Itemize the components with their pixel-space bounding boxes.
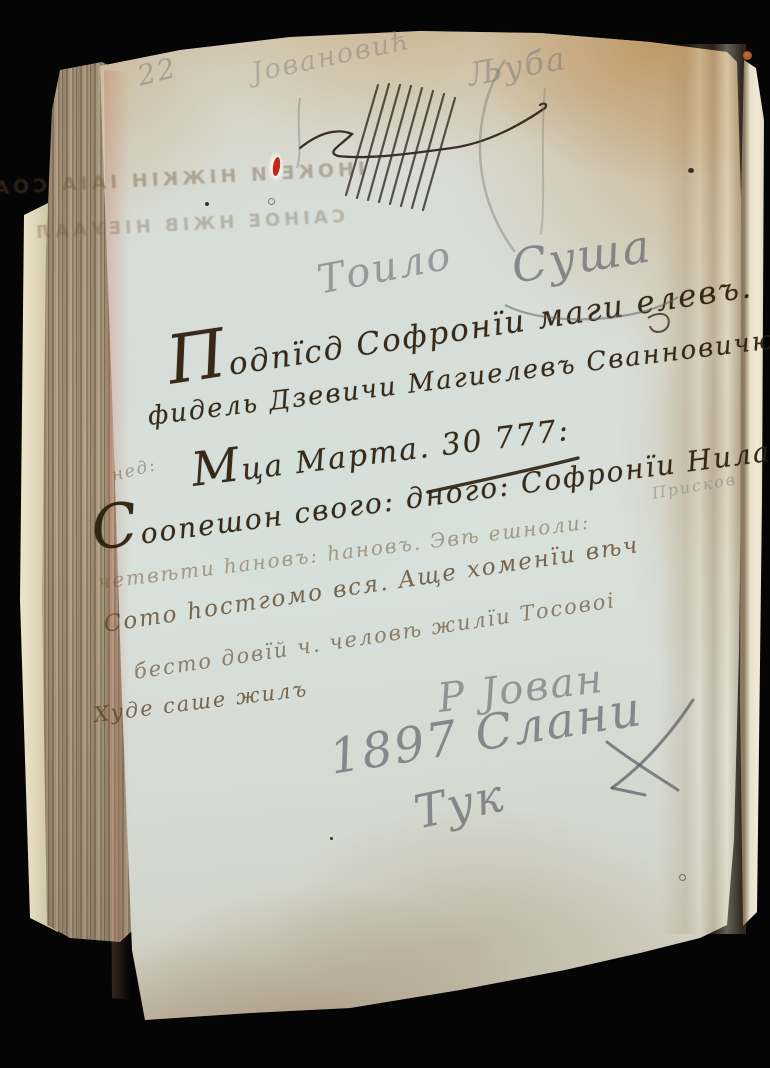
pencil-center-word-right: Суша [508, 218, 656, 293]
ink-inscription-line-7: бесто довїй ч. человѣ жилїи Тосовоі [132, 588, 617, 684]
manuscript-photo: ІНОКЕ И НІЖКІН ІАІА СОА САІНОЕ НЖІВ НІЕУ… [0, 0, 770, 1068]
paper-speck [268, 198, 275, 205]
pencil-swoosh-under-word [505, 297, 678, 319]
pencil-bottom-word: Тук [409, 768, 509, 840]
handwriting-stroke-overlay [0, 0, 770, 1068]
pencil-signature: Р Јован [435, 656, 607, 722]
page-left-edge-tint [104, 70, 130, 1000]
ink-strike-through-stroke [300, 104, 546, 158]
ink-inscription-line-3: Мца Марта. 30 777: [189, 406, 572, 494]
paper-speck [679, 874, 686, 881]
pencil-vertical-stroke [541, 88, 545, 235]
paper-hole-halo [268, 152, 284, 182]
ink-underline-date [428, 458, 578, 492]
paper-speck [330, 837, 333, 840]
pencil-side-note: Присков [650, 469, 738, 503]
gutter-red-dot [743, 51, 752, 60]
paper-speck [688, 168, 694, 173]
pencil-center-word-left: Тоило [314, 232, 456, 303]
pencil-flourish-tail [607, 700, 693, 795]
ink-small-squiggle [648, 314, 669, 332]
gutter-fold-shading [660, 44, 746, 934]
pencil-hatch-scribble [346, 84, 455, 210]
ink-inscription-line-6: Сото hостгомо вся. Аще хоменїи вѣч [102, 532, 641, 638]
underlying-page-edge [0, 0, 770, 1068]
manuscript-page [0, 0, 770, 1068]
stacked-leaf-fore-edges [0, 0, 770, 1068]
pencil-page-number: 22 [134, 51, 180, 93]
ink-inscription-line-2: фидель Дзевичи Магиелевъ Сванновичю [146, 325, 770, 432]
pencil-year-line: 1897 Слани [326, 681, 647, 786]
ink-margin-note: нед: [110, 455, 159, 485]
pencil-descender-stroke [297, 98, 300, 168]
ink-inscription-line-8: Худе саше жилъ [93, 677, 310, 727]
pencil-top-word: Љуба [465, 39, 570, 94]
paper-speck [205, 202, 209, 206]
showthrough-print-line-2: САІНОЕ НЖІВ НІЕУААЛ [32, 206, 346, 243]
pencil-owner-name: Јовановић [249, 25, 413, 89]
pencil-loop-stroke [480, 60, 515, 252]
ink-inscription-line-5: четвѣти hановъ: hановъ. Эвѣ ешноли: [97, 510, 592, 594]
ink-inscription-line-1: Подпїсд Софронїи маги елевъ. [164, 249, 755, 391]
red-paper-fleck [272, 157, 282, 177]
showthrough-print-line-1: ІНОКЕ И НІЖКІН ІАІА СОА [0, 158, 366, 200]
next-page-edge [0, 0, 770, 1068]
ink-inscription-line-4: Соопешон свого: дного: Софронїи Нилаев [89, 414, 770, 557]
